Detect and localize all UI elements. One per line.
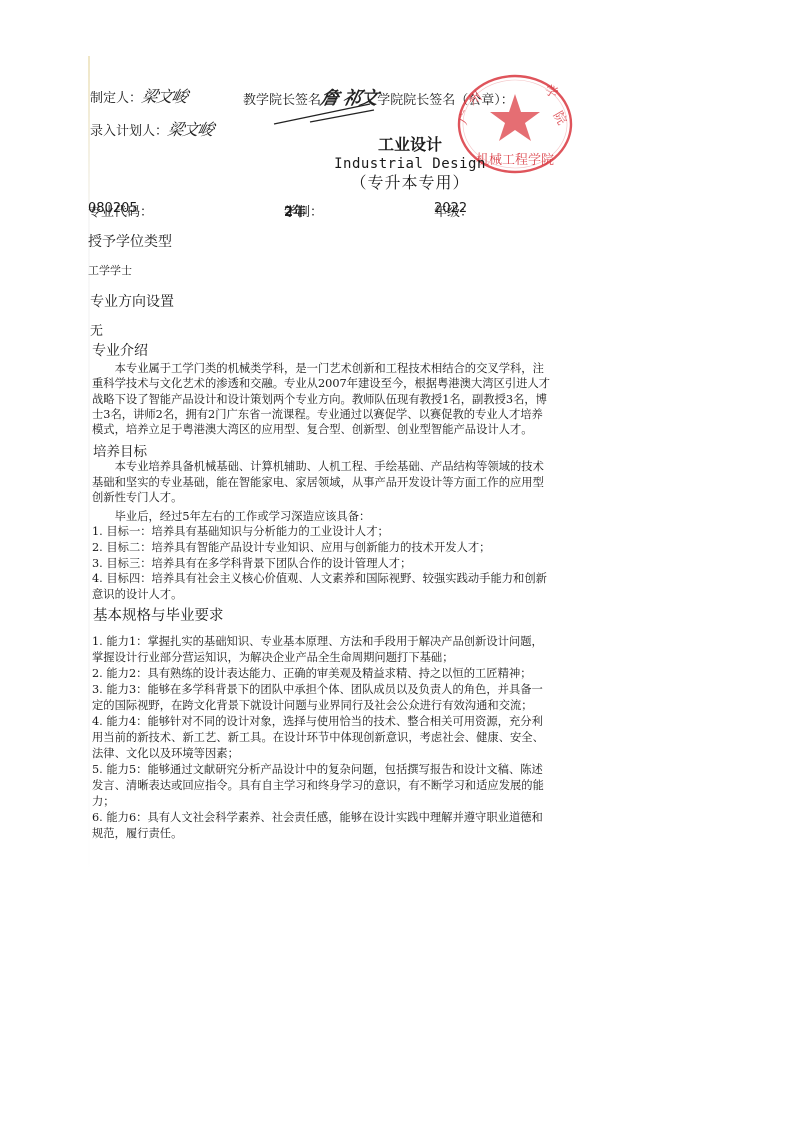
signature-stroke <box>270 98 380 128</box>
program-duration: 学制：2年 <box>284 201 306 220</box>
goals-line: 本专业培养具备机械基础、计算机辅助、人机工程、手绘基础、产品结构等领域的技术 <box>92 459 612 475</box>
goals-after-grad: 毕业后，经过5年左右的工作或学习深造应该具备： <box>92 509 612 525</box>
goal-item: 意识的设计人才。 <box>92 587 612 603</box>
program-meta: 专业代码：080205 学制：2年 年级：2022 <box>88 201 608 219</box>
drafter-row: 制定人：梁文峻 <box>90 84 187 107</box>
svg-text:学: 学 <box>542 82 561 101</box>
intro-line: 战略下设了智能产品设计和设计策划两个专业方向。教师队伍现有教授1名，副教授3名，… <box>92 392 612 407</box>
entry-row: 录入计划人：梁文峻 <box>90 117 213 140</box>
intro-line: 本专业属于工学门类的机械类学科，是一门艺术创新和工程技术相结合的交叉学科，注 <box>92 361 612 376</box>
requirement-line: 3. 能力3：能够在多学科背景下的团队中承担个体、团队成员以及负责人的角色，并具… <box>92 682 612 698</box>
degree-heading: 授予学位类型 <box>88 231 172 251</box>
requirement-line: 力； <box>92 794 612 810</box>
entry-label: 录入计划人： <box>90 124 168 139</box>
goals-line: 基础和坚实的专业基础，能在智能家电、家居领域，从事产品开发设计等方面工作的应用型 <box>92 475 612 491</box>
requirement-line: 法律、文化以及环境等因素； <box>92 746 612 762</box>
goal-item: 1. 目标一：培养具有基础知识与分析能力的工业设计人才； <box>92 524 612 540</box>
requirement-line: 用当前的新技术、新工艺、新工具。在设计环节中体现创新意识，考虑社会、健康、安全、 <box>92 730 612 746</box>
svg-text:院: 院 <box>550 109 569 128</box>
title-sub: （专升本专用） <box>260 173 560 193</box>
requirements-list: 1. 能力1：掌握扎实的基础知识、专业基本原理、方法和手段用于解决产品创新设计问… <box>92 634 612 842</box>
document-page: 制定人：梁文峻 教学院长签名詹 祁文学院院长签名（公章）： 录入计划人：梁文峻 … <box>0 0 799 1131</box>
degree-value: 工学学士 <box>88 262 132 278</box>
title-cn: 工业设计 <box>260 135 560 155</box>
goal-item: 4. 目标四：培养具有社会主义核心价值观、人文素养和国际视野、较强实践动手能力和… <box>92 571 612 587</box>
intro-line: 重科学技术与文化艺术的渗透和交融。专业从2007年建设至今，根据粤港澳大湾区引进… <box>92 376 612 391</box>
goals-heading: 培养目标 <box>93 440 147 460</box>
direction-heading: 专业方向设置 <box>90 291 174 311</box>
title-block: 工业设计 Industrial Design （专升本专用） <box>260 135 560 193</box>
requirement-line: 2. 能力2：具有熟练的设计表达能力、正确的审美观及精益求精、持之以恒的工匠精神… <box>92 666 612 682</box>
requirement-line: 规范，履行责任。 <box>92 826 612 842</box>
scan-edge <box>88 56 90 876</box>
requirement-line: 1. 能力1：掌握扎实的基础知识、专业基本原理、方法和手段用于解决产品创新设计问… <box>92 634 612 650</box>
goals-paragraph: 本专业培养具备机械基础、计算机辅助、人机工程、手绘基础、产品结构等领域的技术 基… <box>92 459 612 602</box>
drafter-label: 制定人： <box>90 91 142 106</box>
title-en: Industrial Design <box>260 155 560 173</box>
goals-line: 创新性专门人才。 <box>92 490 612 506</box>
goal-item: 2. 目标二：培养具有智能产品设计专业知识、应用与创新能力的技术开发人才； <box>92 540 612 556</box>
requirement-line: 发言、清晰表达或回应指令。具有自主学习和终身学习的意识，有不断学习和适应发展的能 <box>92 778 612 794</box>
goal-item: 3. 目标三：培养具有在多学科背景下团队合作的设计管理人才； <box>92 556 612 572</box>
intro-line: 士3名，讲师2名，拥有2门广东省一流课程。专业通过以赛促学、以赛促教的专业人才培… <box>92 407 612 422</box>
direction-value: 无 <box>90 320 103 339</box>
requirement-line: 4. 能力4：能够针对不同的设计对象，选择与使用恰当的技术、整合相关可用资源，充… <box>92 714 612 730</box>
requirement-line: 定的国际视野，在跨文化背景下就设计问题与业界同行及社会公众进行有效沟通和交流； <box>92 698 612 714</box>
intro-heading: 专业介绍 <box>92 340 148 360</box>
intro-line: 模式，培养立足于粤港澳大湾区的应用型、复合型、创新型、创业型智能产品设计人才。 <box>92 422 612 437</box>
requirement-line: 5. 能力5：能够通过文献研究分析产品设计中的复杂问题，包括撰写报告和设计文稿、… <box>92 762 612 778</box>
svg-text:州: 州 <box>466 89 485 109</box>
requirement-line: 掌握设计行业部分营运知识，为解决企业产品全生命周期问题打下基础； <box>92 650 612 666</box>
entry-signature: 梁文峻 <box>166 117 216 140</box>
requirements-heading: 基本规格与毕业要求 <box>93 604 224 625</box>
drafter-signature: 梁文峻 <box>140 84 190 107</box>
requirement-line: 6. 能力6：具有人文社会科学素养、社会责任感，能够在设计实践中理解并遵守职业道… <box>92 810 612 826</box>
intro-paragraph: 本专业属于工学门类的机械类学科，是一门艺术创新和工程技术相结合的交叉学科，注 重… <box>92 361 612 437</box>
